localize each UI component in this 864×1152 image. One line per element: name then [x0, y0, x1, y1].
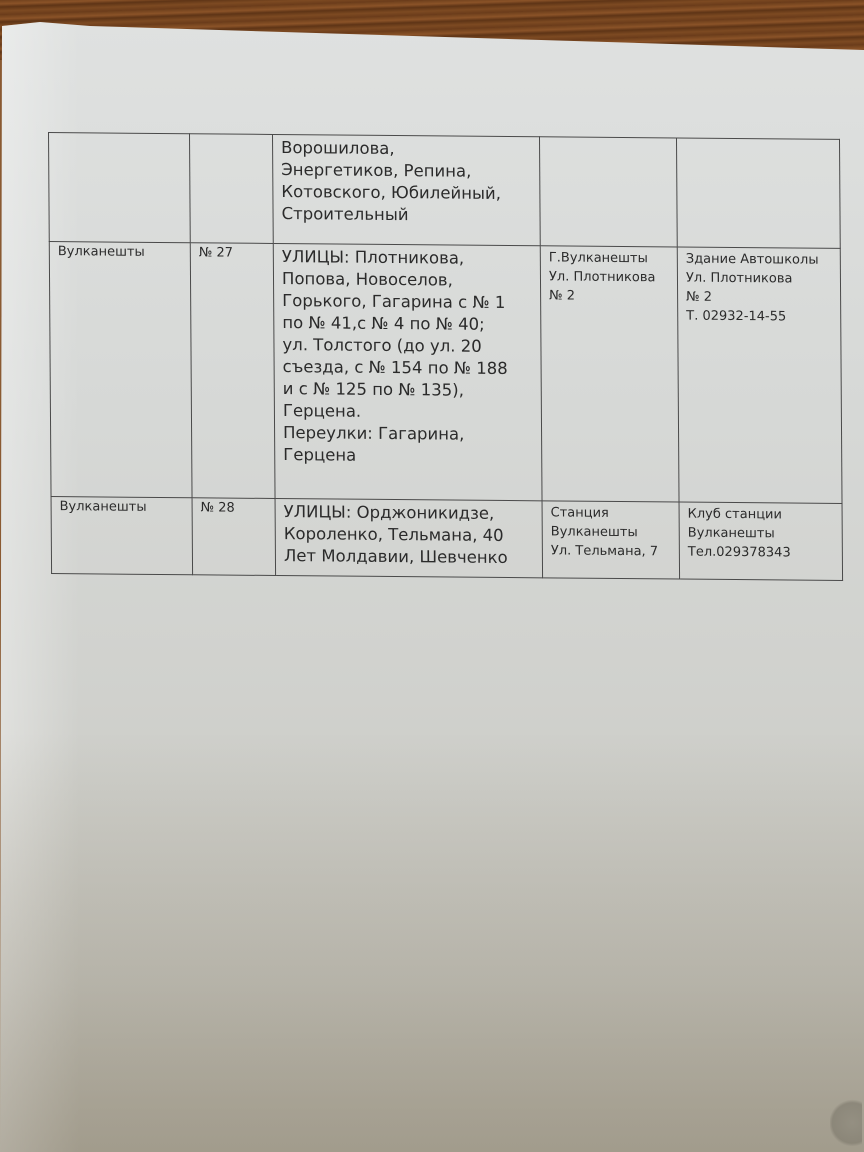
streets-cell-line: и с № 125 по № 135),	[283, 378, 535, 402]
streets-cell-line: Короленко, Тельмана, 40	[284, 523, 536, 547]
voting-place-cell: Здание АвтошколыУл. Плотникова№ 2Т. 0293…	[677, 247, 842, 503]
station-address-cell: Г.ВулканештыУл. Плотникова№ 2	[540, 246, 679, 502]
voting-place-cell-line: Вулканешты	[688, 524, 836, 544]
streets-cell-line: Лет Молдавии, Шевченко	[284, 545, 536, 569]
streets-cell: Ворошилова,Энергетиков, Репина,Котовског…	[272, 134, 540, 245]
streets-cell-line: Переулки: Гагарина,	[283, 422, 535, 446]
station-address-cell	[539, 137, 677, 247]
streets-cell-line: съезда, с № 154 по № 188	[283, 356, 535, 380]
streets-cell-line: Строительный	[281, 203, 533, 227]
streets-cell-line: Герцена	[283, 444, 535, 468]
station-number-cell: № 27	[190, 243, 275, 499]
station-address-cell-line: Вулканешты	[551, 522, 673, 542]
streets-cell-line: УЛИЦЫ: Плотникова,	[282, 246, 534, 270]
streets-cell-line: ул. Толстого (до ул. 20	[282, 334, 534, 358]
voting-place-cell-line: Тел.029378343	[688, 543, 836, 563]
station-address-cell-line: № 2	[549, 286, 671, 306]
streets-cell: УЛИЦЫ: Орджоникидзе,Короленко, Тельмана,…	[275, 498, 543, 577]
streets-cell-line: Энергетиков, Репина,	[281, 159, 533, 183]
stamp-mark-icon	[830, 1098, 862, 1148]
voting-place-cell: Клуб станцииВулканештыТел.029378343	[679, 502, 843, 580]
polling-stations-table-container: Ворошилова,Энергетиков, Репина,Котовског…	[48, 132, 843, 581]
locality-cell: Вулканешты	[51, 497, 193, 575]
table-row: Вулканешты№ 28УЛИЦЫ: Орджоникидзе,Короле…	[51, 497, 843, 581]
station-address-cell-line: Станция	[551, 503, 673, 523]
locality-cell	[49, 133, 191, 243]
streets-cell-line: Герцена.	[283, 400, 535, 424]
voting-place-cell-line: № 2	[686, 288, 834, 308]
station-number-cell	[190, 134, 274, 244]
streets-cell-line: Котовского, Юбилейный,	[281, 181, 533, 205]
station-address-cell-line: Г.Вулканешты	[549, 248, 671, 268]
station-address-cell-line: Ул. Тельмана, 7	[551, 541, 673, 561]
table-row: Вулканешты№ 27УЛИЦЫ: Плотникова,Попова, …	[49, 242, 842, 504]
polling-stations-table: Ворошилова,Энергетиков, Репина,Котовског…	[48, 132, 843, 581]
station-address-cell-line: Ул. Плотникова	[549, 267, 671, 287]
station-number-cell: № 28	[192, 498, 276, 576]
streets-cell-line: УЛИЦЫ: Орджоникидзе,	[284, 501, 536, 525]
voting-place-cell-line: Ул. Плотникова	[686, 269, 834, 289]
station-address-cell: СтанцияВулканештыУл. Тельмана, 7	[542, 501, 680, 579]
streets-cell-line: Попова, Новоселов,	[282, 268, 534, 292]
voting-place-cell-line: Здание Автошколы	[686, 250, 834, 270]
streets-cell-line: Ворошилова,	[281, 137, 533, 161]
table-row: Ворошилова,Энергетиков, Репина,Котовског…	[49, 133, 841, 249]
voting-place-cell-line: Клуб станции	[688, 505, 836, 525]
streets-cell: УЛИЦЫ: Плотникова,Попова, Новоселов,Горь…	[273, 243, 542, 500]
locality-cell: Вулканешты	[49, 242, 192, 498]
voting-place-cell-line: Т. 02932-14-55	[686, 307, 834, 327]
streets-cell-line: Горького, Гагарина с № 1	[282, 290, 534, 314]
voting-place-cell	[676, 138, 840, 248]
streets-cell-line: по № 41,с № 4 по № 40;	[282, 312, 534, 336]
